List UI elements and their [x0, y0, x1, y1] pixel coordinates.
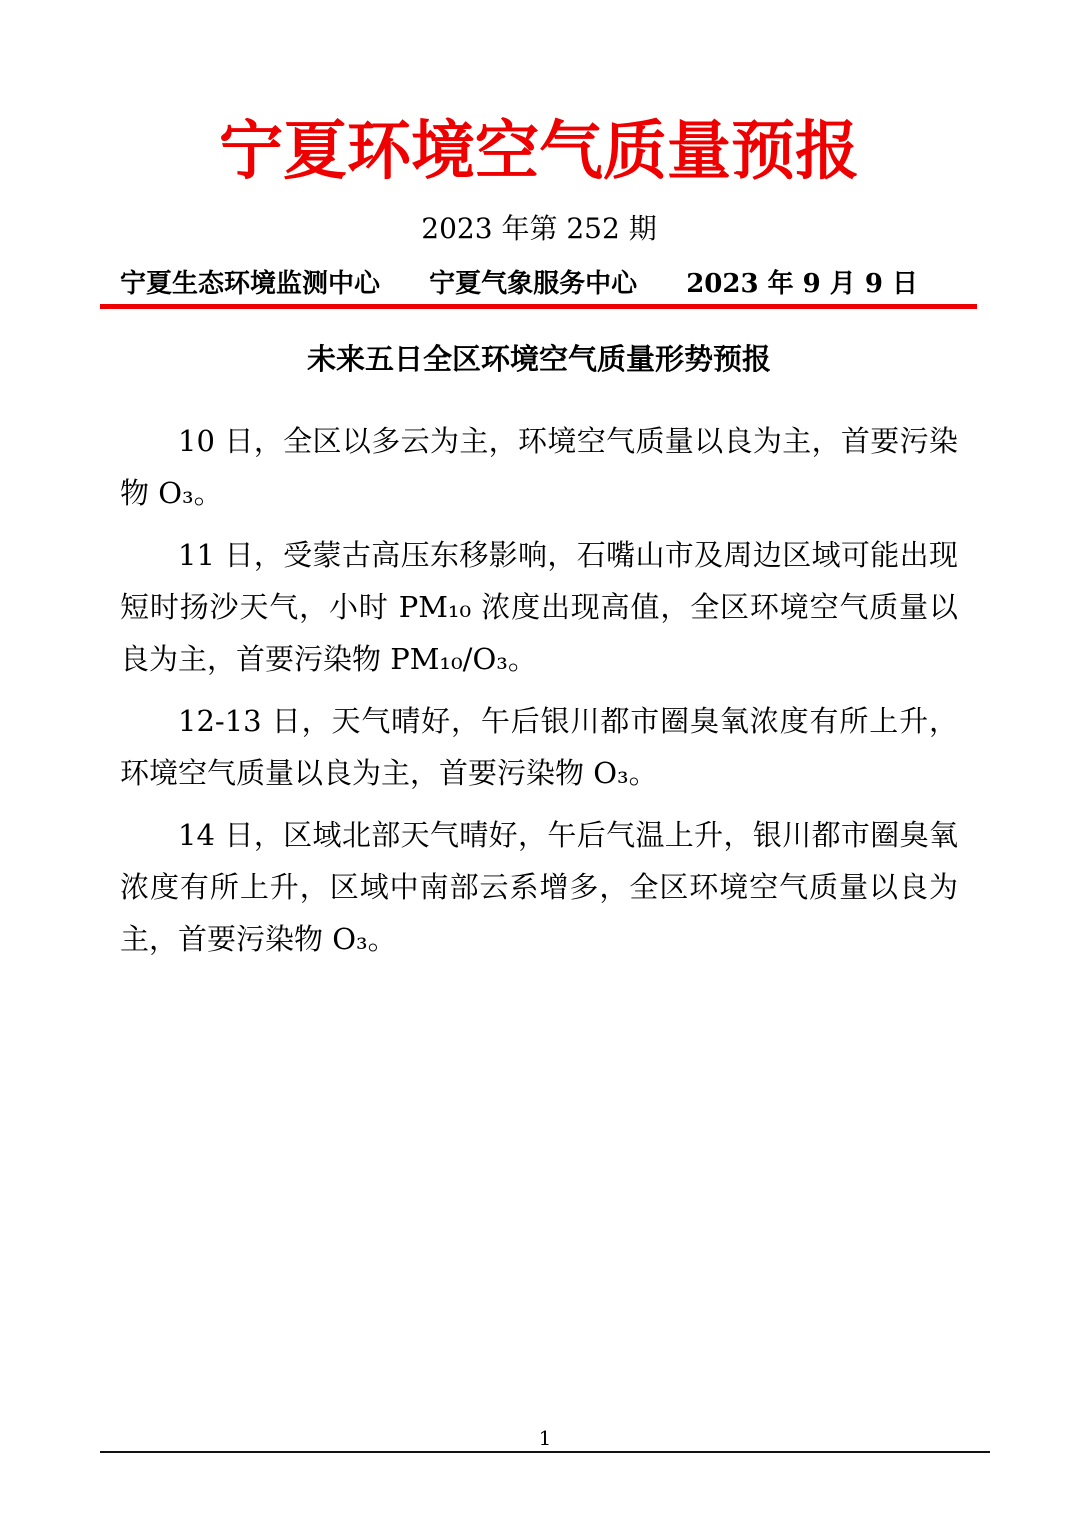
publish-date: 2023 年 9 月 9 日 — [686, 268, 918, 300]
document-title: 宁夏环境空气质量预报 — [120, 112, 958, 192]
section-heading: 未来五日全区环境空气质量形势预报 — [120, 339, 958, 379]
forecast-paragraph-day10: 10 日，全区以多云为主，环境空气质量以良为主，首要污染物 O₃。 — [120, 415, 958, 519]
forecast-paragraph-day11: 11 日，受蒙古高压东移影响，石嘴山市及周边区域可能出现短时扬沙天气，小时 PM… — [120, 529, 958, 685]
org-weather-center: 宁夏气象服务中心 — [429, 268, 637, 300]
header-red-rule — [100, 304, 977, 309]
issue-number: 2023 年第 252 期 — [120, 212, 958, 246]
masthead-row: 宁夏生态环境监测中心 宁夏气象服务中心 2023 年 9 月 9 日 — [120, 268, 958, 300]
page-footer: 1 — [100, 1426, 990, 1453]
document-page: 宁夏环境空气质量预报 2023 年第 252 期 宁夏生态环境监测中心 宁夏气象… — [0, 0, 1074, 1520]
forecast-paragraph-day14: 14 日，区域北部天气晴好，午后气温上升，银川都市圈臭氧浓度有所上升，区域中南部… — [120, 809, 958, 965]
forecast-paragraph-day12-13: 12-13 日，天气晴好，午后银川都市圈臭氧浓度有所上升，环境空气质量以良为主，… — [120, 695, 958, 799]
org-monitoring-center: 宁夏生态环境监测中心 — [120, 268, 380, 300]
document-content: 宁夏环境空气质量预报 2023 年第 252 期 宁夏生态环境监测中心 宁夏气象… — [0, 112, 1074, 965]
footer-rule — [100, 1451, 990, 1453]
page-number: 1 — [100, 1426, 990, 1451]
